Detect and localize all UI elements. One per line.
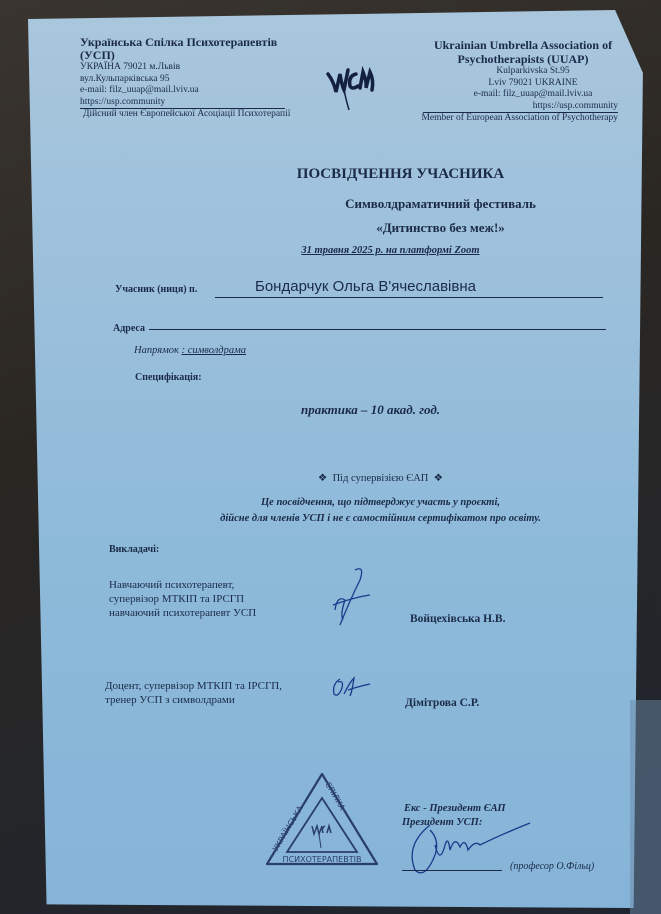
- bullet-icon: ❖: [434, 473, 443, 484]
- note-line1: Це посвідчення, що підтверджує участь у …: [50, 495, 661, 511]
- membership-en: Member of European Association of Psycho…: [408, 113, 618, 125]
- address-line2-en: Lviv 79021 UKRAINE: [408, 78, 618, 90]
- header-right: Ukrainian Umbrella Association of Psycho…: [408, 38, 618, 125]
- lecturer-2-title: Доцент, супервізор МТКІП та ІРСГП, трене…: [105, 679, 282, 707]
- email-ua: e-mail: filz_uuap@mail.lviv.ua: [80, 85, 290, 97]
- address-line2-ua: вул.Кульпарківська 95: [80, 74, 290, 86]
- supervision-line: ❖ Під супервізією ЄАП ❖: [0, 472, 661, 484]
- lecturers-label: Викладачі:: [109, 544, 159, 555]
- specification-label: Специфікація:: [135, 372, 202, 383]
- event-date: 31 травня 2025 р. на платформі Zoom: [0, 245, 661, 256]
- direction-value: : символдрама: [182, 345, 246, 356]
- lecturer-1-title: Навчаючий психотерапевт, супервізор МТКІ…: [109, 578, 256, 620]
- organization-stamp-icon: УКРАЇНСЬКА СПІЛКА ПСИХОТЕРАПЕВТІВ: [265, 770, 380, 870]
- lecturer-2-title-line: Доцент, супервізор МТКІП та ІРСГП,: [105, 679, 282, 693]
- bullet-icon: ❖: [318, 473, 327, 484]
- org-name-en-line1: Ukrainian Umbrella Association of: [408, 38, 618, 52]
- lecturer-1-title-line: Навчаючий психотерапевт,: [109, 578, 256, 592]
- lecturer-2-signature-icon: [328, 674, 373, 704]
- email-en: e-mail: filz_uuap@mail.lviv.ua: [408, 89, 618, 101]
- uuap-logo-icon: [322, 52, 377, 112]
- lecturer-1-title-line: супервізор МТКІП та ІРСГП: [109, 592, 256, 606]
- lecturer-2-name: Дімітрова С.Р.: [405, 697, 479, 709]
- lecturer-1-signature-icon: [325, 565, 375, 630]
- address-label: Адреса: [113, 323, 145, 334]
- address-line1-ua: УКРАЇНА 79021 м.Львів: [80, 62, 290, 74]
- lecturer-1-title-line: навчаючий психотерапевт УСП: [109, 606, 256, 620]
- event-type: Символдраматичний фестиваль: [0, 196, 661, 212]
- president-title-1: Екс - Президент ЄАП: [402, 802, 506, 816]
- event-name: «Дитинство без меж!»: [0, 220, 661, 236]
- website-ua: https://usp.community: [80, 97, 285, 110]
- address-row: Адреса: [113, 318, 606, 336]
- address-line: [149, 329, 606, 330]
- president-signature-line: [402, 870, 502, 871]
- certificate-title: ПОСВІДЧЕННЯ УЧАСНИКА: [0, 166, 661, 183]
- svg-text:СПІЛКА: СПІЛКА: [323, 780, 347, 812]
- membership-ua: Дійсний член Європейської Асоціації Псих…: [80, 109, 290, 121]
- org-abbr-ua: (УСП): [80, 49, 290, 62]
- address-line1-en: Kulparkivska St.95: [408, 66, 618, 78]
- note-line2: дійсне для членів УСП і не є самостійним…: [50, 511, 661, 527]
- supervision-text: Під супервізією ЄАП: [333, 473, 429, 484]
- participant-name: Бондарчук Ольга В'ячеславівна: [215, 278, 603, 298]
- header-left: Українська Спілка Психотерапевтів (УСП) …: [80, 36, 290, 121]
- specification-value: практика – 10 акад. год.: [0, 402, 661, 418]
- certificate-note: Це посвідчення, що підтверджує участь у …: [0, 495, 661, 527]
- lecturer-1-name: Войцехівська Н.В.: [410, 613, 505, 625]
- website-en: https://usp.community: [423, 101, 618, 114]
- president-name: (професор О.Фільц): [510, 861, 594, 872]
- lecturer-2-title-line: тренер УСП з символдрами: [105, 693, 282, 707]
- paper-edge-shadow: [630, 700, 661, 914]
- org-name-en-line2: Psychotherapists (UUAP): [408, 52, 618, 66]
- participant-label: Учасник (ниця) п.: [115, 284, 197, 295]
- direction-row: Напрямок : символдрама: [134, 345, 246, 356]
- direction-label: Напрямок: [134, 345, 179, 356]
- svg-text:ПСИХОТЕРАПЕВТІВ: ПСИХОТЕРАПЕВТІВ: [283, 855, 362, 864]
- svg-text:УКРАЇНСЬКА: УКРАЇНСЬКА: [271, 804, 305, 853]
